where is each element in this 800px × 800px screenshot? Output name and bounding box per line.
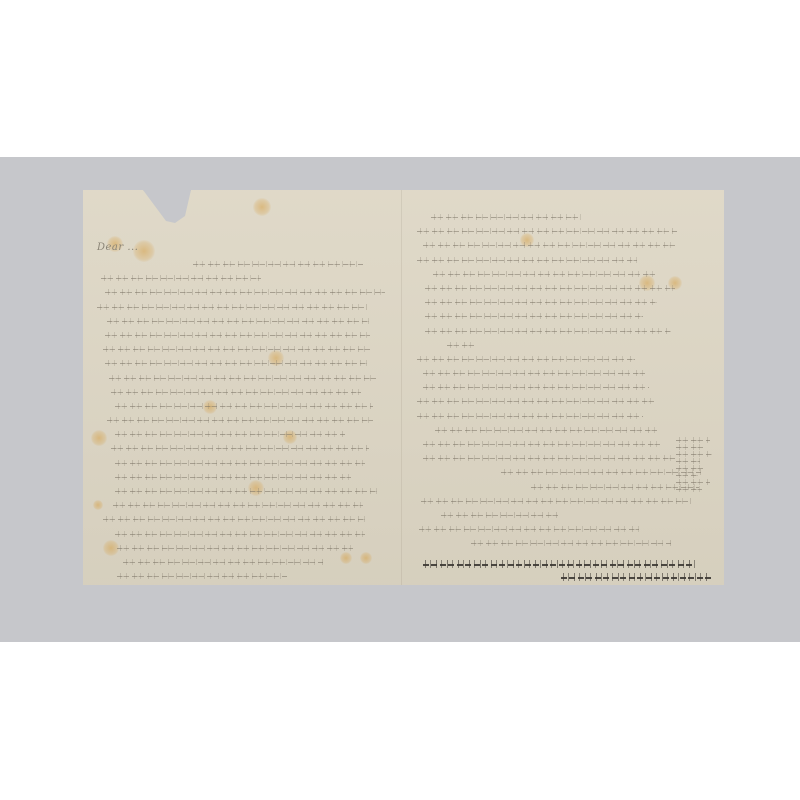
margin-annotation: [676, 440, 716, 496]
handwritten-line: [411, 396, 716, 407]
handwritten-line: [411, 269, 716, 280]
handwritten-line: [411, 354, 716, 365]
handwritten-line: [411, 453, 716, 464]
handwritten-line: [93, 443, 393, 454]
handwritten-line: [93, 500, 393, 511]
ink-note-line-1: [423, 564, 695, 566]
left-column-text: Dear ...: [93, 242, 393, 585]
handwritten-line: [411, 510, 716, 521]
handwritten-line: [93, 486, 393, 497]
right-column-text: [411, 212, 716, 553]
stain: [253, 198, 271, 216]
handwritten-line: [411, 524, 716, 535]
handwritten-line: [411, 482, 716, 493]
handwritten-line: [93, 259, 393, 270]
handwritten-line: [411, 467, 716, 478]
handwritten-line: [411, 368, 716, 379]
handwritten-line: [93, 529, 393, 540]
handwritten-line: [411, 326, 716, 337]
handwritten-line: [93, 571, 393, 582]
handwritten-line: [411, 255, 716, 266]
handwritten-line: [93, 273, 393, 284]
handwritten-line: [411, 226, 716, 237]
handwritten-line: [93, 287, 393, 298]
handwritten-line: [411, 538, 716, 549]
handwritten-line: [411, 240, 716, 251]
handwritten-line: [93, 514, 393, 525]
handwritten-line: [93, 472, 393, 483]
handwritten-line: [411, 212, 716, 223]
handwritten-line: [93, 302, 393, 313]
handwritten-line: [93, 387, 393, 398]
handwritten-line: [411, 311, 716, 322]
handwritten-line: [93, 316, 393, 327]
greeting: Dear ...: [97, 242, 393, 253]
handwritten-line: [411, 283, 716, 294]
handwritten-line: [93, 358, 393, 369]
handwritten-line: [93, 557, 393, 568]
ink-note-line-2: [561, 577, 711, 579]
handwritten-line: [93, 429, 393, 440]
handwritten-line: [93, 543, 393, 554]
center-fold: [401, 190, 402, 585]
handwritten-line: [411, 382, 716, 393]
handwritten-line: [411, 425, 716, 436]
handwritten-line: [93, 458, 393, 469]
handwritten-line: [93, 373, 393, 384]
handwritten-line: [93, 401, 393, 412]
handwritten-line: [93, 415, 393, 426]
handwritten-line: [411, 439, 716, 450]
letter-sheet: Dear ...: [83, 190, 724, 585]
handwritten-line: [93, 344, 393, 355]
handwritten-line: [93, 330, 393, 341]
handwritten-line: [411, 496, 716, 507]
handwritten-line: [411, 297, 716, 308]
handwritten-line: [411, 340, 716, 351]
handwritten-line: [411, 411, 716, 422]
